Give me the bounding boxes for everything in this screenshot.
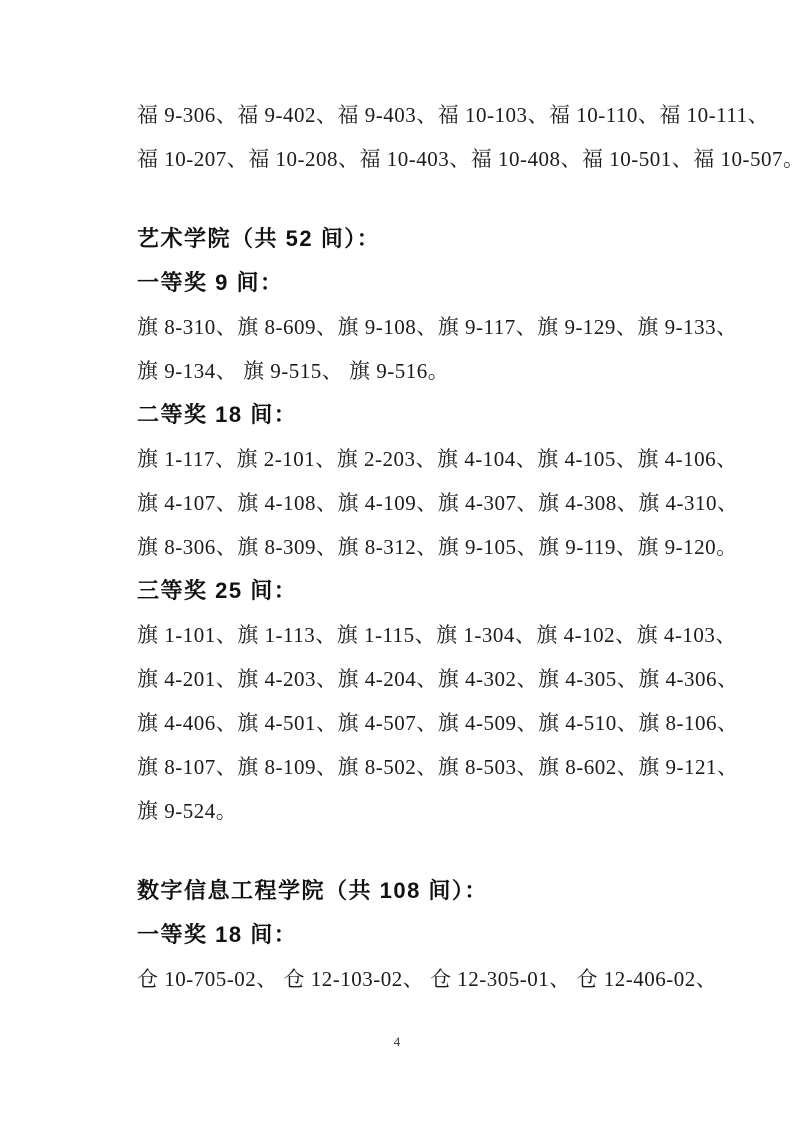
text-line: 福 9-306、福 9-402、福 9-403、福 10-103、福 10-11… [137, 93, 737, 137]
award-tier-heading-third-prize: 三等奖 25 间： [137, 569, 737, 613]
page-number: 4 [0, 1034, 794, 1050]
award-tier-heading-second-prize: 二等奖 18 间： [137, 393, 737, 437]
award-tier-heading-first-prize: 一等奖 9 间： [137, 261, 737, 305]
paragraph-gap [137, 833, 737, 869]
text-line: 旗 9-524。 [137, 789, 737, 833]
text-line: 旗 4-107、旗 4-108、旗 4-109、旗 4-307、旗 4-308、… [137, 481, 737, 525]
section-title-art-college: 艺术学院（共 52 间）： [137, 217, 737, 261]
text-line: 旗 4-406、旗 4-501、旗 4-507、旗 4-509、旗 4-510、… [137, 701, 737, 745]
section-title-digital-info-college: 数字信息工程学院（共 108 间）： [137, 869, 737, 913]
text-line: 旗 8-310、旗 8-609、旗 9-108、旗 9-117、旗 9-129、… [137, 305, 737, 349]
document-page: 福 9-306、福 9-402、福 9-403、福 10-103、福 10-11… [0, 0, 794, 1123]
text-line: 旗 8-306、旗 8-309、旗 8-312、旗 9-105、旗 9-119、… [137, 525, 737, 569]
paragraph-gap [137, 181, 737, 217]
award-tier-heading-first-prize: 一等奖 18 间： [137, 913, 737, 957]
text-line: 旗 1-101、旗 1-113、旗 1-115、旗 1-304、旗 4-102、… [137, 613, 737, 657]
page-body-text: 福 9-306、福 9-402、福 9-403、福 10-103、福 10-11… [137, 93, 737, 1001]
text-line: 福 10-207、福 10-208、福 10-403、福 10-408、福 10… [137, 137, 737, 181]
text-line: 旗 4-201、旗 4-203、旗 4-204、旗 4-302、旗 4-305、… [137, 657, 737, 701]
text-line: 旗 9-134、 旗 9-515、 旗 9-516。 [137, 349, 737, 393]
text-line: 旗 1-117、旗 2-101、旗 2-203、旗 4-104、旗 4-105、… [137, 437, 737, 481]
text-line: 旗 8-107、旗 8-109、旗 8-502、旗 8-503、旗 8-602、… [137, 745, 737, 789]
text-line: 仓 10-705-02、 仓 12-103-02、 仓 12-305-01、 仓… [137, 957, 737, 1001]
